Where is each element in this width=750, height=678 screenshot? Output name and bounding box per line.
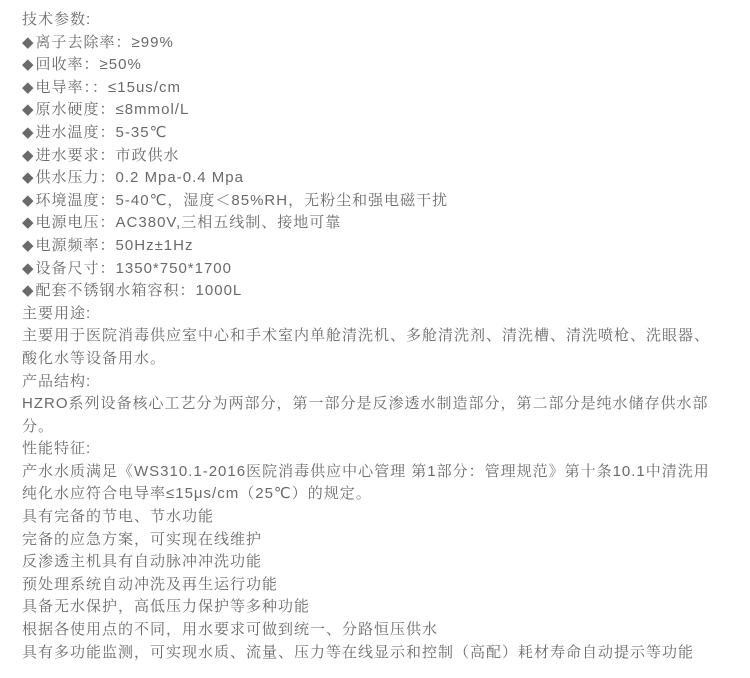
- spec-item-water-tank-volume: ◆配套不锈钢水箱容积：1000L: [22, 280, 724, 303]
- performance-item-monitoring: 具有多功能监测，可实现水质、流量、压力等在线显示和控制（高配）耗材寿命自动提示等…: [22, 642, 724, 665]
- spec-item-text: 电导率：：≤15us/cm: [36, 79, 181, 96]
- spec-item-text: 设备尺寸：1350*750*1700: [36, 260, 232, 277]
- section-heading-main-use: 主要用途:: [22, 303, 724, 326]
- section-heading-product-structure: 产品结构:: [22, 371, 724, 394]
- spec-item-text: 进水温度：5-35℃: [36, 124, 168, 141]
- spec-item-text: 配套不锈钢水箱容积：1000L: [36, 282, 243, 299]
- spec-item-conductivity: ◆电导率：：≤15us/cm: [22, 77, 724, 100]
- diamond-bullet-icon: ◆: [22, 147, 35, 164]
- spec-item-text: 原水硬度：≤8mmol/L: [36, 101, 190, 118]
- performance-item-protection: 具备无水保护，高低压力保护等多种功能: [22, 596, 724, 619]
- performance-item-energy-saving: 具有完备的节电、节水功能: [22, 506, 724, 529]
- spec-item-text: 回收率：≥50%: [36, 56, 142, 73]
- spec-item-raw-water-hardness: ◆原水硬度：≤8mmol/L: [22, 99, 724, 122]
- spec-item-ion-removal: ◆离子去除率：≥99%: [22, 32, 724, 55]
- performance-item-water-quality: 产水水质满足《WS310.1-2016医院消毒供应中心管理 第1部分：管理规范》…: [22, 461, 724, 506]
- spec-item-power-voltage: ◆电源电压：AC380V,三相五线制、接地可靠: [22, 212, 724, 235]
- spec-item-text: 电源电压：AC380V,三相五线制、接地可靠: [36, 214, 342, 231]
- performance-item-emergency-plan: 完备的应急方案，可实现在线维护: [22, 529, 724, 552]
- diamond-bullet-icon: ◆: [22, 34, 35, 51]
- spec-item-power-frequency: ◆电源频率：50Hz±1Hz: [22, 235, 724, 258]
- performance-item-pulse-flush: 反渗透主机具有自动脉冲冲洗功能: [22, 551, 724, 574]
- document-body: 技术参数: ◆离子去除率：≥99% ◆回收率：≥50% ◆电导率：：≤15us/…: [22, 9, 724, 664]
- diamond-bullet-icon: ◆: [22, 214, 35, 231]
- diamond-bullet-icon: ◆: [22, 56, 35, 73]
- diamond-bullet-icon: ◆: [22, 79, 35, 96]
- spec-item-text: 供水压力：0.2 Mpa-0.4 Mpa: [36, 169, 244, 186]
- performance-item-constant-pressure: 根据各使用点的不同，用水要求可做到统一、分路恒压供水: [22, 619, 724, 642]
- diamond-bullet-icon: ◆: [22, 282, 35, 299]
- diamond-bullet-icon: ◆: [22, 169, 35, 186]
- product-spec-document: 技术参数: ◆离子去除率：≥99% ◆回收率：≥50% ◆电导率：：≤15us/…: [0, 0, 750, 664]
- diamond-bullet-icon: ◆: [22, 101, 35, 118]
- spec-item-ambient-temperature: ◆环境温度：5-40℃，湿度＜85%RH，无粉尘和强电磁干扰: [22, 190, 724, 213]
- spec-item-recovery-rate: ◆回收率：≥50%: [22, 54, 724, 77]
- spec-item-text: 环境温度：5-40℃，湿度＜85%RH，无粉尘和强电磁干扰: [36, 192, 449, 209]
- spec-item-text: 进水要求：市政供水: [36, 147, 180, 164]
- spec-item-supply-pressure: ◆供水压力：0.2 Mpa-0.4 Mpa: [22, 167, 724, 190]
- spec-item-text: 电源频率：50Hz±1Hz: [36, 237, 194, 254]
- diamond-bullet-icon: ◆: [22, 237, 35, 254]
- spec-item-inlet-temperature: ◆进水温度：5-35℃: [22, 122, 724, 145]
- section-heading-tech-params: 技术参数:: [22, 9, 724, 32]
- product-structure-paragraph: HZRO系列设备核心工艺分为两部分，第一部分是反渗透水制造部分，第二部分是纯水储…: [22, 393, 724, 438]
- diamond-bullet-icon: ◆: [22, 124, 35, 141]
- main-use-paragraph: 主要用于医院消毒供应室中心和手术室内单舱清洗机、多舱清洗剂、清洗槽、清洗喷枪、洗…: [22, 325, 724, 370]
- performance-item-pretreatment-flush: 预处理系统自动冲洗及再生运行功能: [22, 574, 724, 597]
- spec-item-text: 离子去除率：≥99%: [36, 34, 174, 51]
- spec-item-inlet-requirement: ◆进水要求：市政供水: [22, 145, 724, 168]
- spec-item-equipment-size: ◆设备尺寸：1350*750*1700: [22, 258, 724, 281]
- diamond-bullet-icon: ◆: [22, 260, 35, 277]
- section-heading-performance: 性能特征:: [22, 438, 724, 461]
- diamond-bullet-icon: ◆: [22, 192, 35, 209]
